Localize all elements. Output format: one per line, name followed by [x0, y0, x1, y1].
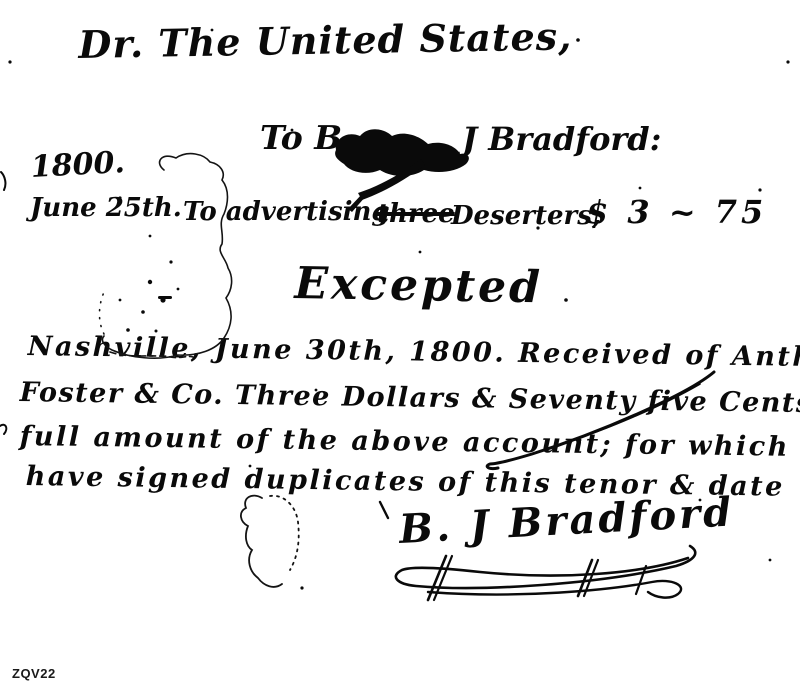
charge-item: Deserters, [451, 201, 601, 231]
stain-outline-large [99, 154, 231, 359]
payee-name-text: J Bradford: [462, 120, 661, 158]
document-header: Dr. The United States, [78, 13, 573, 67]
receipt-text-line: Nashville, June 30th, 1800. Received of … [28, 331, 800, 374]
charge-description: To advertising [183, 197, 390, 227]
receipt-text-line: full amount of the above account; for wh… [20, 421, 800, 463]
payee-prefix-text: To B [260, 118, 342, 157]
charge-struck-word: three [377, 199, 455, 229]
approval-word: Excepted [294, 258, 543, 313]
scanned-receipt-page: Dr. The United States, To B J Bradford: … [0, 0, 800, 688]
signature-text: B. J Bradford [398, 488, 735, 552]
edge-marks [0, 172, 6, 434]
charge-amount: $ 3 ~ 75 [586, 193, 767, 231]
receipt-text-line: Foster & Co. Three Dollars & Seventy fiv… [20, 377, 800, 420]
entry-year: 1800. [30, 145, 126, 185]
charge-date: June 25th. [30, 193, 182, 223]
stain-speckles [119, 260, 180, 332]
stain-outline-small [241, 496, 299, 587]
catalog-label: ZQV22 [12, 666, 56, 681]
